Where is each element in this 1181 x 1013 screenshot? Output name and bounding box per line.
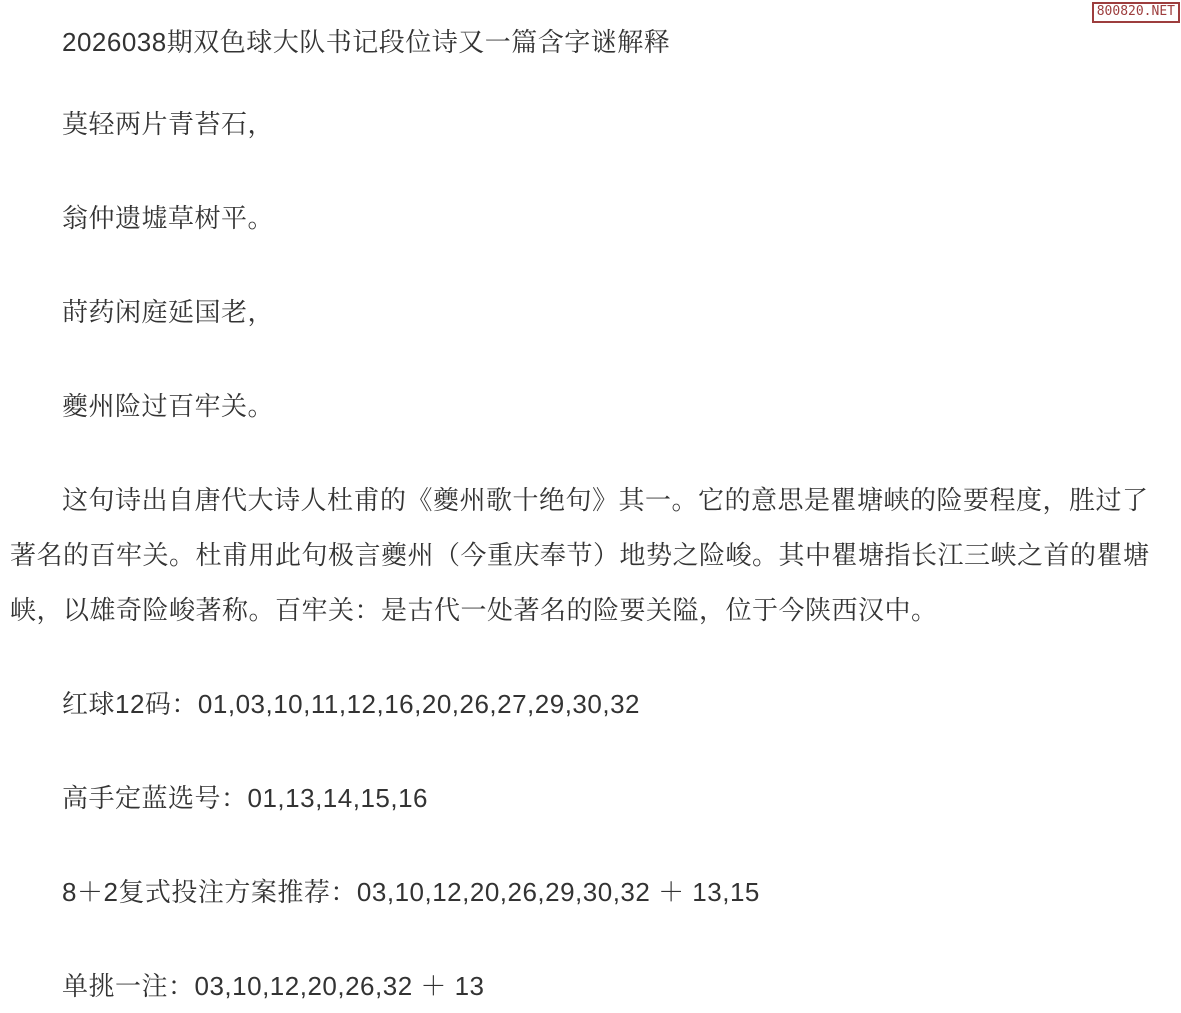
site-watermark-badge: 800820.NET: [1092, 2, 1180, 23]
recommendation-blue-balls-label: 高手定蓝选号：: [62, 783, 248, 813]
recommendation-blue-balls: 高手定蓝选号：01,13,14,15,16: [10, 771, 1171, 826]
article-body: 2026038期双色球大队书记段位诗又一篇含字谜解释 莫轻两片青苔石， 翁仲遗墟…: [0, 15, 1181, 1013]
recommendation-red-balls-numbers: 01,03,10,11,12,16,20,26,27,29,30,32: [198, 689, 640, 719]
recommendation-complex-bet: 8＋2复式投注方案推荐：03,10,12,20,26,29,30,32 ＋ 13…: [10, 865, 1171, 920]
recommendation-blue-balls-numbers: 01,13,14,15,16: [248, 783, 429, 813]
recommendation-single-bet-numbers: 03,10,12,20,26,32 ＋ 13: [195, 971, 485, 1001]
recommendation-single-bet: 单挑一注：03,10,12,20,26,32 ＋ 13: [10, 959, 1171, 1013]
poem-explanation-paragraph: 这句诗出自唐代大诗人杜甫的《夔州歌十绝句》其一。它的意思是瞿塘峡的险要程度，胜过…: [10, 473, 1171, 638]
article-title: 2026038期双色球大队书记段位诗又一篇含字谜解释: [10, 15, 1171, 70]
recommendation-red-balls: 红球12码：01,03,10,11,12,16,20,26,27,29,30,3…: [10, 677, 1171, 732]
recommendation-red-balls-label: 红球12码：: [62, 689, 198, 719]
poem-line-4: 夔州险过百牢关。: [10, 379, 1171, 434]
recommendation-complex-bet-numbers: 03,10,12,20,26,29,30,32 ＋ 13,15: [357, 877, 760, 907]
poem-line-2: 翁仲遗墟草树平。: [10, 191, 1171, 246]
recommendation-complex-bet-label: 8＋2复式投注方案推荐：: [62, 877, 357, 907]
poem-line-3: 莳药闲庭延国老，: [10, 285, 1171, 340]
poem-line-1: 莫轻两片青苔石，: [10, 97, 1171, 152]
recommendation-single-bet-label: 单挑一注：: [62, 971, 195, 1001]
